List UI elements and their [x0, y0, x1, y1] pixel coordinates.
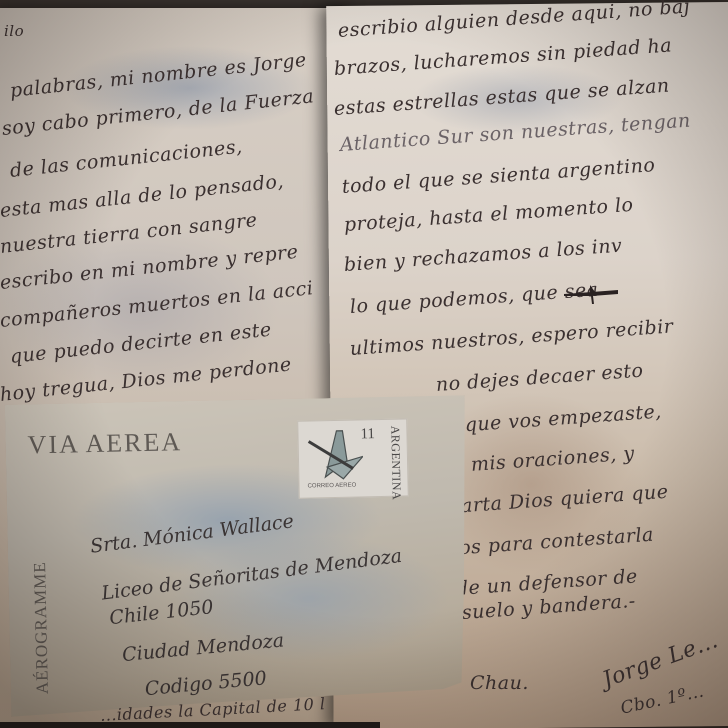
- photo-scene: ilo palabras, mi nombre es Jorge soy cab…: [0, 0, 728, 728]
- airplane-stamp-icon: [306, 426, 363, 483]
- address-city: Ciudad Mendoza: [121, 629, 285, 666]
- via-aerea-label: VIA AEREA: [27, 427, 182, 460]
- left-line-0: ilo: [4, 22, 24, 40]
- right-line-chau: Chau.: [470, 672, 529, 694]
- address-recipient: Srta. Mónica Wallace: [89, 510, 295, 558]
- postage-stamp: 11 ARGENTINA CORREO AEREO: [297, 418, 409, 498]
- stamp-caption: CORREO AEREO: [307, 483, 356, 490]
- stamp-value: 11: [360, 426, 375, 443]
- aerogramme-side-label: AÉROGRAMME: [30, 561, 53, 694]
- stamp-country: ARGENTINA: [387, 426, 404, 501]
- aerogramme-envelope: VIA AEREA AÉROGRAMME 11 ARGENTINA CORREO…: [5, 395, 471, 717]
- dark-background-bottom: [0, 722, 380, 728]
- address-postal-code: Codigo 5500: [144, 667, 268, 700]
- ink-plane-drawing-icon: [562, 282, 620, 304]
- address-institution: Liceo de Señoritas de Mendoza: [100, 545, 403, 605]
